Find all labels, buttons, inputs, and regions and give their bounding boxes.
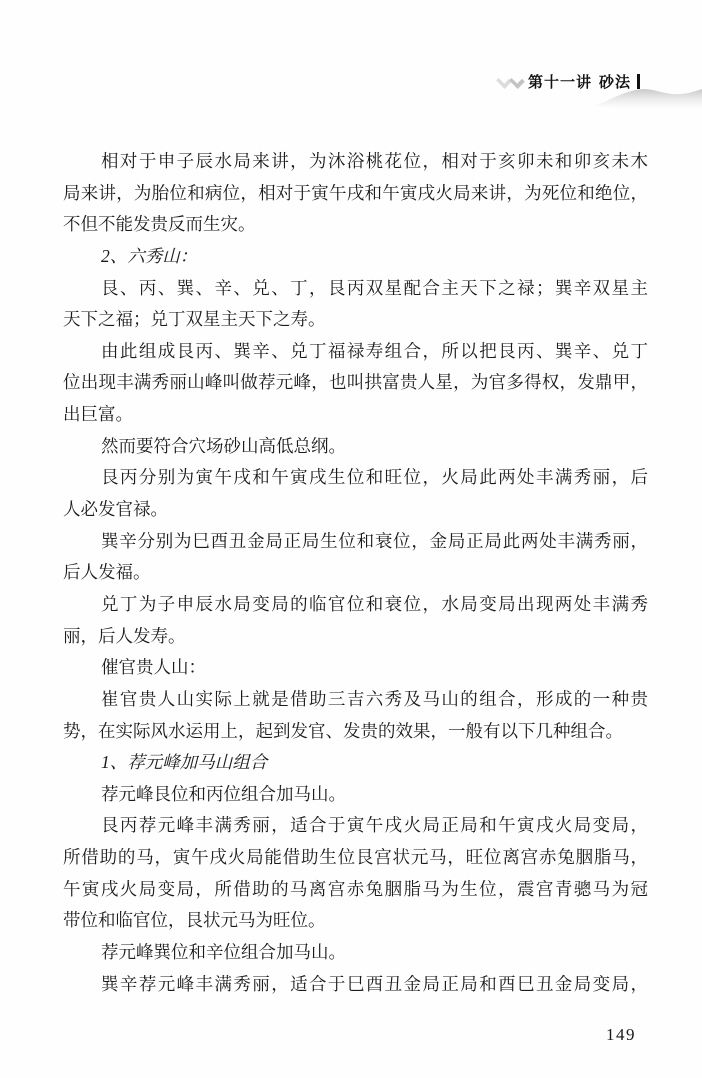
text-line: 所借助的马，寅午戌火局能借助生位艮宫状元马，旺位离宫赤兔胭脂马， — [63, 842, 648, 874]
text-line: 午寅戌火局变局，所借助的马离宫赤兔胭脂马为生位，震宫青骢马为冠 — [63, 874, 648, 906]
chevron-left-icon — [509, 73, 525, 89]
text-line: 催官贵人山： — [63, 652, 648, 684]
text-line: 丽，后人发寿。 — [63, 621, 648, 653]
text-line: 然而要符合穴场砂山高低总纲。 — [63, 431, 648, 463]
paragraph: 崔官贵人山实际上就是借助三吉六秀及马山的组合，形成的一种贵 势，在实际风水运用上… — [63, 684, 648, 747]
text-line: 兑丁为子申辰水局变局的临官位和衰位，水局变局出现两处丰满秀 — [63, 589, 648, 621]
chapter-title: 第十一讲 — [528, 71, 592, 92]
text-line: 艮丙荐元峰丰满秀丽，适合于寅午戌火局正局和午寅戌火局变局， — [63, 810, 648, 842]
page-number: 149 — [606, 1025, 636, 1045]
text-line: 1、荐元峰加马山组合 — [63, 747, 648, 779]
paragraph: 巽辛分别为巳酉丑金局正局生位和衰位，金局正局此两处丰满秀丽， 后人发福。 — [63, 526, 648, 589]
book-page: 第十一讲 砂法 相对于申子辰水局来讲，为沐浴桃花位，相对于亥卯未和卯亥未木 局来… — [0, 0, 702, 1078]
paragraph: 由此组成艮丙、巽辛、兑丁福禄寿组合，所以把艮丙、巽辛、兑丁 位出现丰满秀丽山峰叫… — [63, 336, 648, 431]
text-line: 不但不能发贵反而生灾。 — [63, 209, 648, 241]
text-line: 荐元峰艮位和丙位组合加马山。 — [63, 779, 648, 811]
header-divider-bar — [637, 74, 640, 89]
paragraph: 巽辛荐元峰丰满秀丽，适合于巳酉丑金局正局和酉巳丑金局变局， — [63, 969, 648, 1001]
paragraph: 艮丙分别为寅午戌和午寅戌生位和旺位，火局此两处丰满秀丽，后 人必发官禄。 — [63, 462, 648, 525]
text-line: 位出现丰满秀丽山峰叫做荐元峰，也叫拱富贵人星，为官多得权，发鼎甲， — [63, 367, 648, 399]
paragraph: 荐元峰艮位和丙位组合加马山。 — [63, 779, 648, 811]
paragraph: 艮丙荐元峰丰满秀丽，适合于寅午戌火局正局和午寅戌火局变局， 所借助的马，寅午戌火… — [63, 810, 648, 937]
paragraph: 催官贵人山： — [63, 652, 648, 684]
text-line: 由此组成艮丙、巽辛、兑丁福禄寿组合，所以把艮丙、巽辛、兑丁 — [63, 336, 648, 368]
paragraph-heading: 1、荐元峰加马山组合 — [63, 747, 648, 779]
section-title: 砂法 — [599, 71, 631, 92]
text-line: 艮丙分别为寅午戌和午寅戌生位和旺位，火局此两处丰满秀丽，后 — [63, 462, 648, 494]
text-line: 艮、丙、巽、辛、兑、丁，艮丙双星配合主天下之禄；巽辛双星主 — [63, 273, 648, 305]
text-line: 荐元峰巽位和辛位组合加马山。 — [63, 937, 648, 969]
text-line: 2、六秀山： — [63, 241, 648, 273]
text-line: 人必发官禄。 — [63, 494, 648, 526]
paragraph-heading: 2、六秀山： — [63, 241, 648, 273]
page-body: 相对于申子辰水局来讲，为沐浴桃花位，相对于亥卯未和卯亥未木 局来讲，为胎位和病位… — [63, 146, 648, 1000]
text-line: 出巨富。 — [63, 399, 648, 431]
text-line: 巽辛分别为巳酉丑金局正局生位和衰位，金局正局此两处丰满秀丽， — [63, 526, 648, 558]
paragraph: 艮、丙、巽、辛、兑、丁，艮丙双星配合主天下之禄；巽辛双星主 天下之福；兑丁双星主… — [63, 273, 648, 336]
paragraph: 荐元峰巽位和辛位组合加马山。 — [63, 937, 648, 969]
text-line: 带位和临官位，艮状元马为旺位。 — [63, 905, 648, 937]
text-line: 势，在实际风水运用上，起到发官、发贵的效果，一般有以下几种组合。 — [63, 716, 648, 748]
running-head: 第十一讲 砂法 — [498, 70, 640, 92]
text-line: 崔官贵人山实际上就是借助三吉六秀及马山的组合，形成的一种贵 — [63, 684, 648, 716]
paragraph: 相对于申子辰水局来讲，为沐浴桃花位，相对于亥卯未和卯亥未木 局来讲，为胎位和病位… — [63, 146, 648, 241]
text-line: 天下之福；兑丁双星主天下之寿。 — [63, 304, 648, 336]
paragraph: 然而要符合穴场砂山高低总纲。 — [63, 431, 648, 463]
text-line: 后人发福。 — [63, 557, 648, 589]
text-line: 局来讲，为胎位和病位，相对于寅午戌和午寅戌火局来讲，为死位和绝位， — [63, 178, 648, 210]
text-line: 相对于申子辰水局来讲，为沐浴桃花位，相对于亥卯未和卯亥未木 — [63, 146, 648, 178]
paragraph: 兑丁为子申辰水局变局的临官位和衰位，水局变局出现两处丰满秀 丽，后人发寿。 — [63, 589, 648, 652]
text-line: 巽辛荐元峰丰满秀丽，适合于巳酉丑金局正局和酉巳丑金局变局， — [63, 969, 648, 1001]
